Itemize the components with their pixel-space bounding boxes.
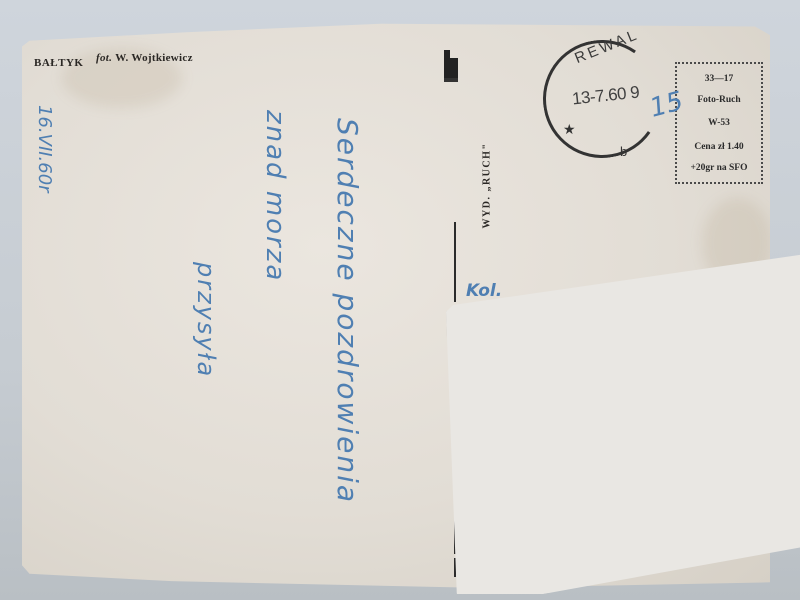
postcard-title: BAŁTYK [34,57,83,69]
publisher-label: WYD. „RUCH" [482,136,493,236]
handwritten-message-line: znad morza [260,110,290,282]
blank-card-insert [446,254,800,594]
handwritten-message-line: Serdeczne pozdrowienia [331,118,364,504]
handwritten-address-fragment: Kol. [466,281,502,301]
handwritten-message-line: przysyła [192,262,220,378]
postmark-letter: b [620,144,627,159]
handwritten-date: 16.VII.60r [34,105,55,193]
author-name: W. Wojtkiewicz [115,52,193,64]
ruch-logo-icon [444,50,458,82]
price-line: W-53 [677,118,761,128]
price-line: +20gr na SFO [677,163,761,173]
photographer-credit: fot. W. Wojtkiewicz [96,52,193,64]
author-prefix: fot. [96,52,112,64]
price-stamp-box: 33—17 Foto-Ruch W-53 Cena zł 1.40 +20gr … [675,62,763,184]
price-line: 33—17 [677,74,761,84]
star-icon: ★ [563,122,576,139]
price-line: Cena zł 1.40 [677,142,761,152]
price-line: Foto-Ruch [677,95,761,105]
